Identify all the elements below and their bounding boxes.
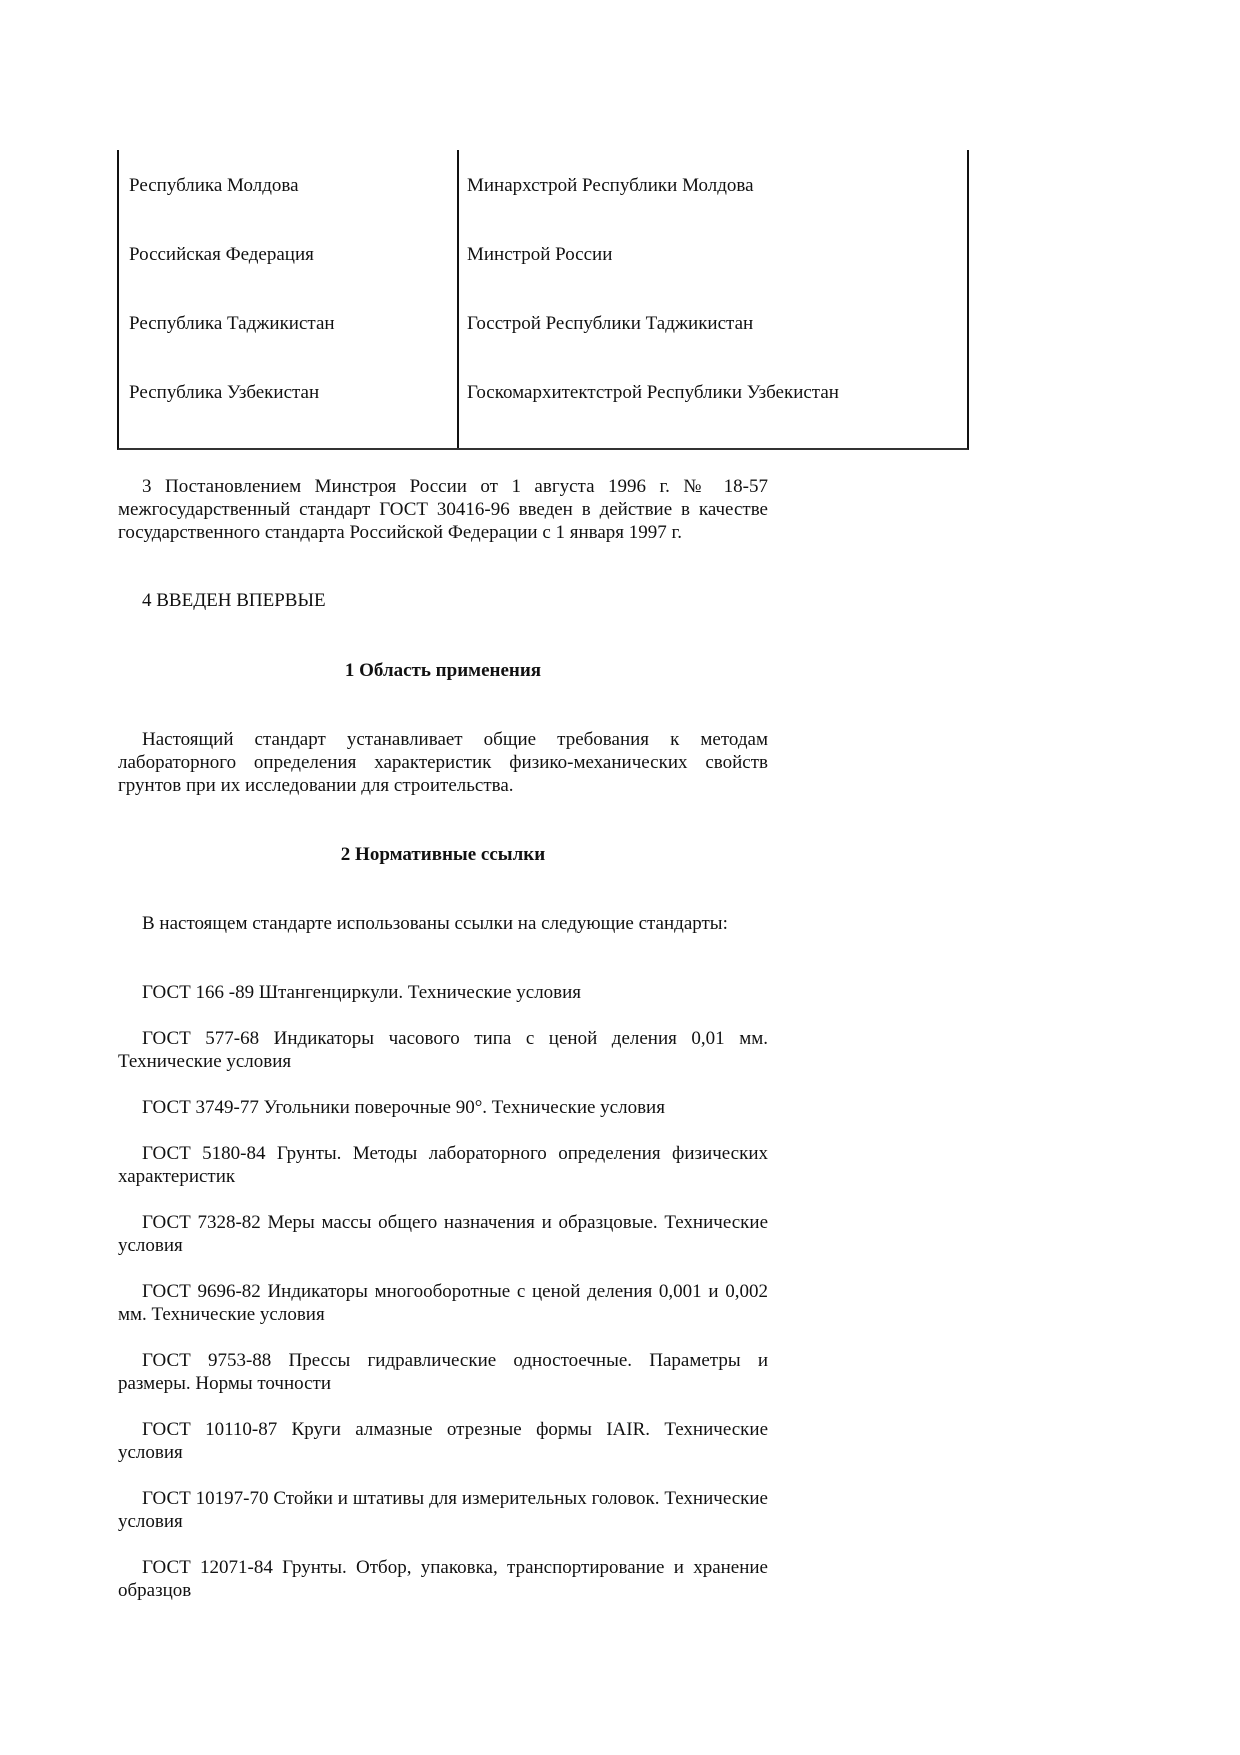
paragraph-item-3: 3 Постановлением Минстроя России от 1 ав… — [118, 475, 768, 544]
organizations-table: Республика Молдова Минархстрой Республик… — [117, 150, 969, 450]
reference-item: ГОСТ 5180-84 Грунты. Методы лабораторног… — [118, 1142, 768, 1188]
reference-item: ГОСТ 12071-84 Грунты. Отбор, упаковка, т… — [118, 1556, 768, 1602]
table-cell-country: Республика Узбекистан — [129, 381, 319, 404]
paragraph-item-4: 4 ВВЕДЕН ВПЕРВЫЕ — [118, 589, 768, 612]
document-page: Республика Молдова Минархстрой Республик… — [0, 0, 1240, 1755]
section-2-heading: 2 Нормативные ссылки — [118, 843, 768, 866]
table-column-divider — [457, 150, 459, 448]
table-cell-country: Республика Молдова — [129, 174, 299, 197]
reference-item: ГОСТ 7328-82 Меры массы общего назначени… — [118, 1211, 768, 1257]
section-1-body: Настоящий стандарт устанавливает общие т… — [118, 728, 768, 797]
reference-item: ГОСТ 3749-77 Угольники поверочные 90°. Т… — [118, 1096, 768, 1119]
table-cell-agency: Госкомархитектстрой Республики Узбекиста… — [467, 381, 839, 404]
section-1-heading: 1 Область применения — [118, 659, 768, 682]
reference-item: ГОСТ 10110-87 Круги алмазные отрезные фо… — [118, 1418, 768, 1464]
reference-item: ГОСТ 9753-88 Прессы гидравлические однос… — [118, 1349, 768, 1395]
reference-item: ГОСТ 577-68 Индикаторы часового типа с ц… — [118, 1027, 768, 1073]
table-cell-country: Российская Федерация — [129, 243, 314, 266]
table-cell-agency: Госстрой Республики Таджикистан — [467, 312, 753, 335]
reference-item: ГОСТ 9696-82 Индикаторы многооборотные с… — [118, 1280, 768, 1326]
reference-item: ГОСТ 166 -89 Штангенциркули. Технические… — [118, 981, 768, 1004]
section-2-intro: В настоящем стандарте использованы ссылк… — [118, 912, 768, 935]
reference-item: ГОСТ 10197-70 Стойки и штативы для измер… — [118, 1487, 768, 1533]
table-cell-country: Республика Таджикистан — [129, 312, 335, 335]
table-cell-agency: Минархстрой Республики Молдова — [467, 174, 754, 197]
table-cell-agency: Минстрой России — [467, 243, 612, 266]
